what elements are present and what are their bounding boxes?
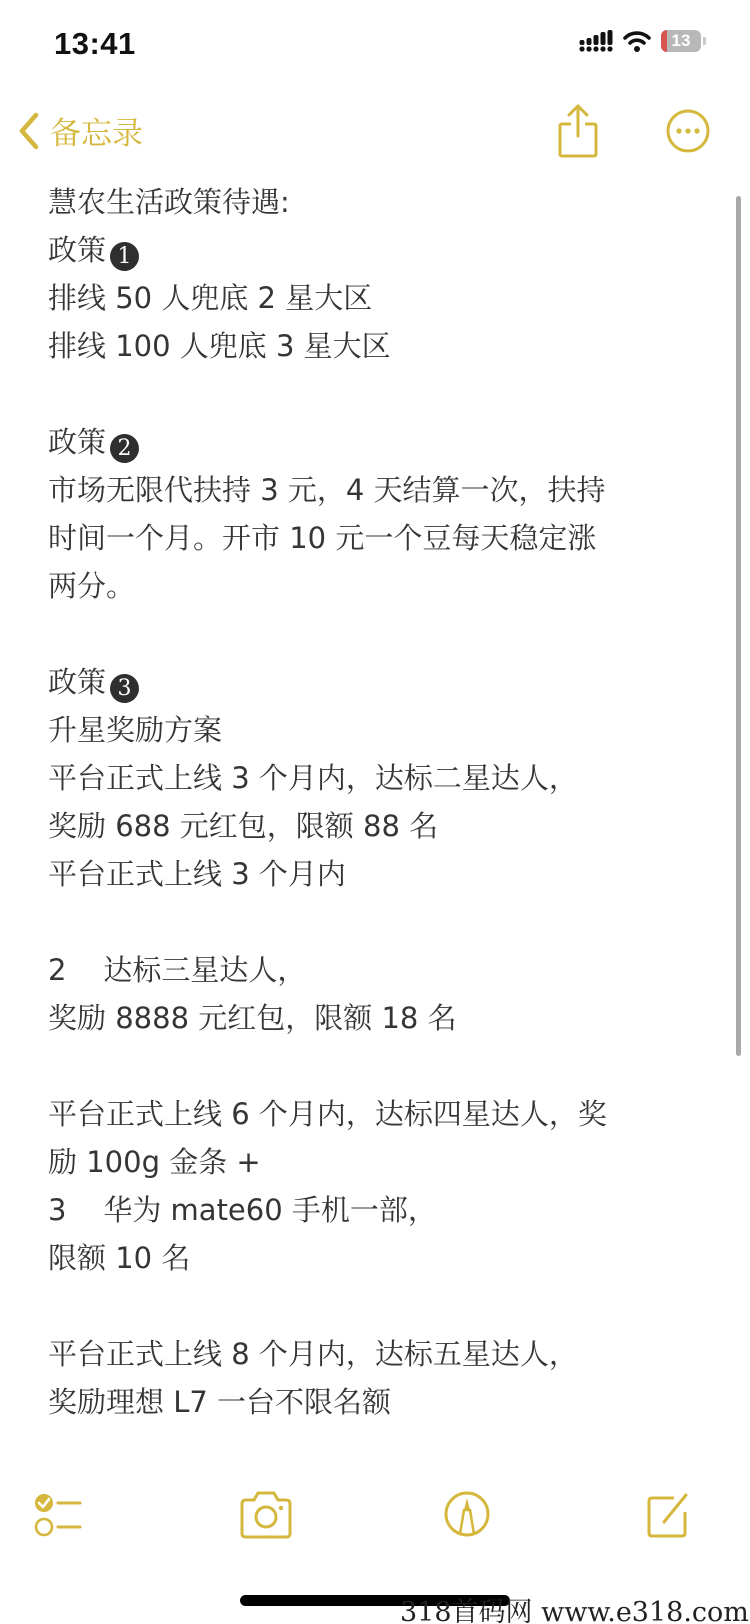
blank-line <box>48 1042 688 1090</box>
policy-heading-2: 政策2 <box>48 418 688 466</box>
status-time: 13:41 <box>54 26 136 62</box>
note-line: 平台正式上线 8 个月内，达标五星达人， <box>48 1330 688 1378</box>
note-line: 3 华为 mate60 手机一部， <box>48 1186 688 1234</box>
note-line: 时间一个月。开市 10 元一个豆每天稳定涨 <box>48 514 688 562</box>
markup-pen-icon[interactable] <box>442 1488 492 1542</box>
note-title: 慧农生活政策待遇: <box>48 178 688 226</box>
note-line: 奖励 688 元红包，限额 88 名 <box>48 802 688 850</box>
more-icon[interactable] <box>666 109 710 153</box>
note-line: 排线 100 人兜底 3 星大区 <box>48 322 688 370</box>
circled-number-1-icon: 1 <box>110 242 139 271</box>
scrollbar[interactable] <box>736 196 741 1056</box>
note-line: 励 100g 金条 + <box>48 1138 688 1186</box>
back-label: 备忘录 <box>50 108 143 153</box>
circled-number-3-icon: 3 <box>110 674 139 703</box>
note-line: 限额 10 名 <box>48 1234 688 1282</box>
watermark: 318首码网 www.e318.com <box>400 1590 749 1624</box>
blank-line <box>48 898 688 946</box>
bottom-toolbar <box>0 1440 750 1520</box>
policy-label: 政策 <box>48 665 106 699</box>
back-button[interactable]: 备忘录 <box>16 108 143 153</box>
battery-tip <box>703 37 706 45</box>
cellular-signal-icon <box>579 30 613 52</box>
note-line: 奖励理想 L7 一台不限名额 <box>48 1378 688 1426</box>
battery-level: 13 <box>672 31 691 51</box>
note-line: 市场无限代扶持 3 元，4 天结算一次，扶持 <box>48 466 688 514</box>
blank-line <box>48 610 688 658</box>
policy-heading-3: 政策3 <box>48 658 688 706</box>
share-icon[interactable] <box>556 102 600 162</box>
note-line: 平台正式上线 6 个月内，达标四星达人，奖 <box>48 1090 688 1138</box>
note-line: 平台正式上线 3 个月内 <box>48 850 688 898</box>
policy-label: 政策 <box>48 233 106 267</box>
policy-label: 政策 <box>48 425 106 459</box>
status-bar: 13:41 13 <box>0 0 750 90</box>
blank-line <box>48 1282 688 1330</box>
nav-bar: 备忘录 <box>0 96 750 166</box>
policy-heading-1: 政策1 <box>48 226 688 274</box>
checklist-icon[interactable] <box>32 1492 84 1538</box>
note-line: 两分。 <box>48 562 688 610</box>
battery-icon: 13 <box>661 30 701 52</box>
note-line: 奖励 8888 元红包，限额 18 名 <box>48 994 688 1042</box>
camera-icon[interactable] <box>238 1490 294 1540</box>
note-line: 排线 50 人兜底 2 星大区 <box>48 274 688 322</box>
note-body[interactable]: 慧农生活政策待遇: 政策1 排线 50 人兜底 2 星大区 排线 100 人兜底… <box>48 178 688 1426</box>
chevron-left-icon <box>16 111 42 151</box>
compose-icon[interactable] <box>646 1490 692 1540</box>
note-line: 2 达标三星达人， <box>48 946 688 994</box>
blank-line <box>48 370 688 418</box>
circled-number-2-icon: 2 <box>110 434 139 463</box>
status-icons: 13 <box>579 30 706 52</box>
wifi-icon <box>623 30 651 52</box>
note-line: 平台正式上线 3 个月内，达标二星达人， <box>48 754 688 802</box>
note-line: 升星奖励方案 <box>48 706 688 754</box>
